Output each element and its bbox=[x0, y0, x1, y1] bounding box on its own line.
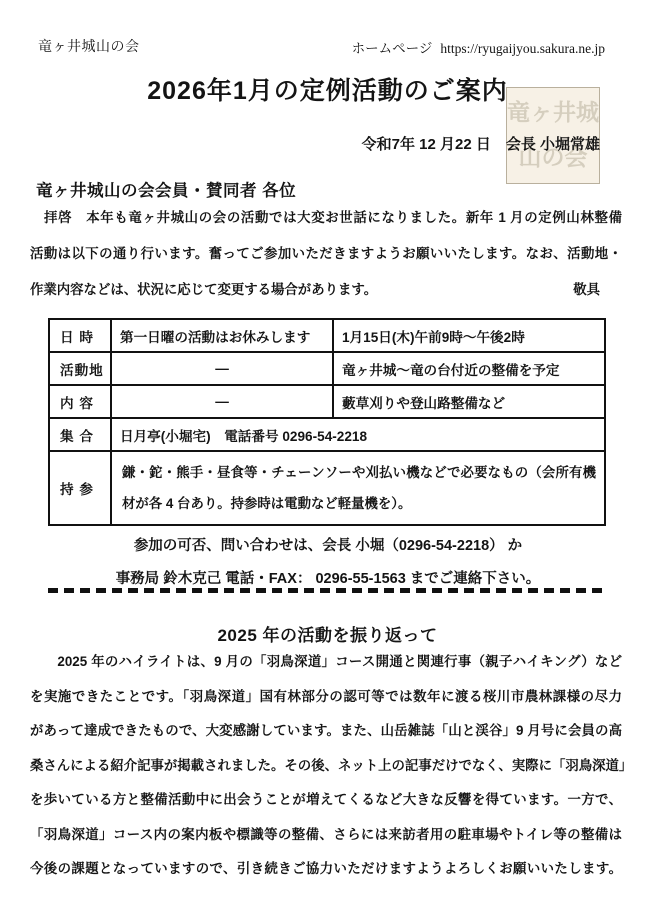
review-line: 2025 年のハイライトは、9 月の「羽鳥深道」コース開通と関連行事（親子ハイキ… bbox=[30, 645, 622, 680]
review-line: があって達成できたもので、大変感謝しています。また、山岳雑誌「山と渓谷」9 月号… bbox=[30, 714, 622, 749]
bring-text: 鎌・鉈・熊手・昼食等・チェーンソーや刈払い機などで必要なもの（会所有機材が各 4… bbox=[122, 457, 596, 519]
contact-line-1: 参加の可否、問い合わせは、会長 小堀（0296-54-2218） か bbox=[48, 534, 608, 555]
date-author-line: 令和7年 12 月22 日 会長 小堀常雄 bbox=[362, 133, 600, 154]
intro-line: 拝啓 本年も竜ヶ井城山の会の活動では大変お世話になりました。新年 1 月の定例山… bbox=[30, 200, 622, 236]
intro-paragraph: 拝啓 本年も竜ヶ井城山の会の活動では大変お世話になりました。新年 1 月の定例山… bbox=[30, 200, 622, 308]
homepage-url: https://ryugaijyou.sakura.ne.jp bbox=[440, 41, 605, 56]
row-label: 日 時 bbox=[49, 319, 111, 352]
homepage-line: ホームページhttps://ryugaijyou.sakura.ne.jp bbox=[352, 37, 605, 57]
intro-last-line: 作業内容などは、状況に応じて変更する場合があります。 敬具 bbox=[30, 272, 622, 308]
row-cell: ― bbox=[111, 352, 333, 385]
row-label: 活動地 bbox=[49, 352, 111, 385]
activity-table: 日 時 第一日曜の活動はお休みします 1月15日(木)午前9時～午後2時 活動地… bbox=[48, 318, 606, 526]
review-line: を歩いている方と整備活動中に出会うことが増えてくるなど大きな反響を得ています。一… bbox=[30, 783, 622, 818]
row-cell: 第一日曜の活動はお休みします bbox=[111, 319, 333, 352]
homepage-label: ホームページ bbox=[352, 41, 433, 56]
intro-line: 作業内容などは、状況に応じて変更する場合があります。 bbox=[30, 272, 377, 308]
row-label: 集 合 bbox=[49, 418, 111, 451]
row-cell: 藪草刈りや登山路整備など bbox=[333, 385, 605, 418]
row-cell: 竜ヶ井城～竜の台付近の整備を予定 bbox=[333, 352, 605, 385]
stamp-line1: 竜ヶ井城 bbox=[507, 92, 599, 132]
review-line: 今後の課題となっていますので、引き続きご協力いただけますようよろしくお願いいたし… bbox=[30, 852, 622, 887]
table-row-bring: 持 参 鎌・鉈・熊手・昼食等・チェーンソーや刈払い機などで必要なもの（会所有機材… bbox=[49, 451, 605, 525]
review-line: 桑さんによる紹介記事が掲載されました。その後、ネット上の記事だけでなく、実際に「… bbox=[30, 749, 622, 784]
table-row-location: 活動地 ― 竜ヶ井城～竜の台付近の整備を予定 bbox=[49, 352, 605, 385]
row-cell: 1月15日(木)午前9時～午後2時 bbox=[333, 319, 605, 352]
row-cell: 鎌・鉈・熊手・昼食等・チェーンソーや刈払い機などで必要なもの（会所有機材が各 4… bbox=[111, 451, 605, 525]
review-heading: 2025 年の活動を振り返って bbox=[0, 621, 655, 646]
review-line: を実施できたことです。「羽鳥深道」国有林部分の認可等では数年に渡る桜川市農林課様… bbox=[30, 680, 622, 715]
row-label: 持 参 bbox=[49, 451, 111, 525]
row-cell: 日月亭(小堀宅) 電話番号 0296-54-2218 bbox=[111, 418, 605, 451]
document-page: 竜ヶ井城山の会 ホームページhttps://ryugaijyou.sakura.… bbox=[0, 0, 655, 913]
review-line: 「羽鳥深道」コース内の案内板や標識等の整備、さらには来訪者用の駐車場やトイレ等の… bbox=[30, 818, 622, 853]
dashed-separator bbox=[48, 588, 608, 593]
row-cell: ― bbox=[111, 385, 333, 418]
table-row-content: 内 容 ― 藪草刈りや登山路整備など bbox=[49, 385, 605, 418]
table-row-datetime: 日 時 第一日曜の活動はお休みします 1月15日(木)午前9時～午後2時 bbox=[49, 319, 605, 352]
contact-line-2: 事務局 鈴木克己 電話・FAX： 0296-55-1563 までご連絡下さい。 bbox=[48, 567, 608, 588]
intro-line: 活動は以下の通り行います。奮ってご参加いただきますようお願いいたします。なお、活… bbox=[30, 236, 622, 272]
table-row-meeting: 集 合 日月亭(小堀宅) 電話番号 0296-54-2218 bbox=[49, 418, 605, 451]
org-name: 竜ヶ井城山の会 bbox=[38, 36, 140, 56]
review-paragraph: 2025 年のハイライトは、9 月の「羽鳥深道」コース開通と関連行事（親子ハイキ… bbox=[30, 645, 622, 887]
closing-word: 敬具 bbox=[573, 272, 600, 308]
salutation: 竜ヶ井城山の会会員・賛同者 各位 bbox=[36, 177, 296, 201]
row-label: 内 容 bbox=[49, 385, 111, 418]
